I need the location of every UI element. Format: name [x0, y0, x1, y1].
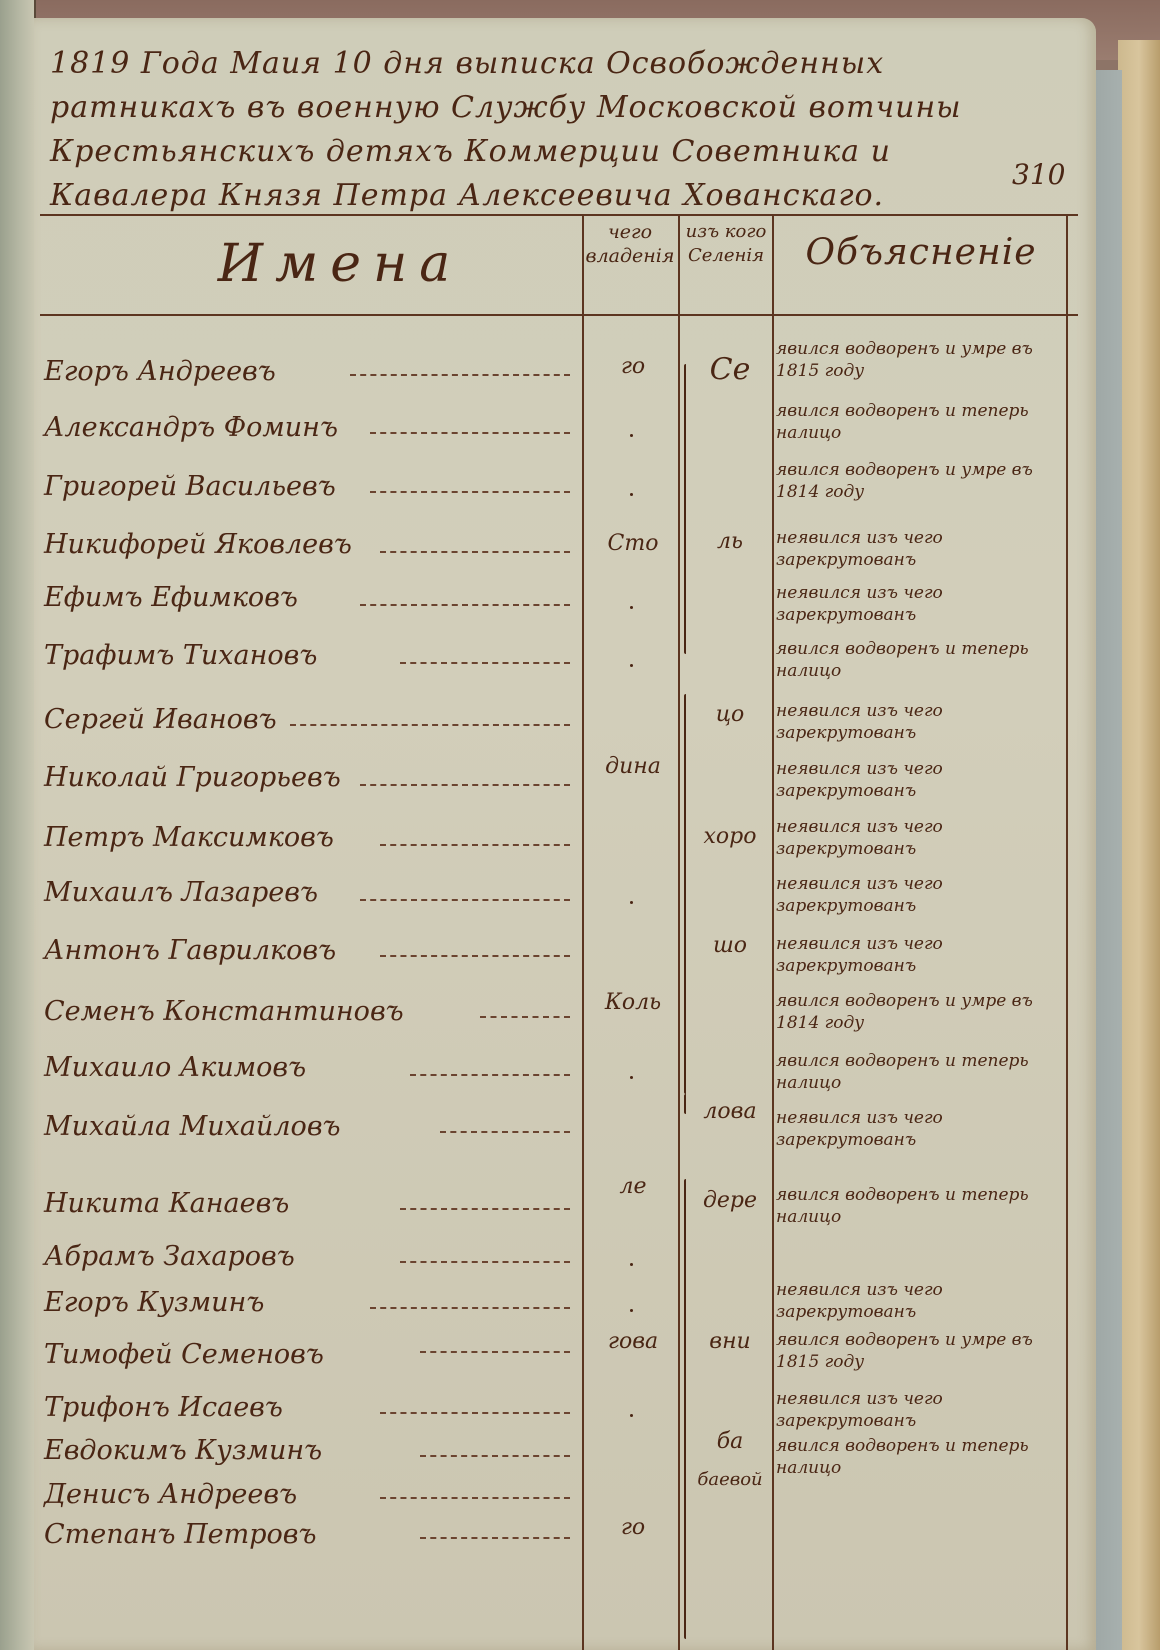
person-name: Трифонъ Исаевъ: [44, 1392, 283, 1423]
header-village: изъ кого Селенія: [680, 220, 772, 268]
owner-cell: Коль: [588, 990, 678, 1015]
person-name: Михаило Акимовъ: [44, 1052, 306, 1083]
header-remarks: Объясненіе: [776, 232, 1066, 273]
remark-text: явился водворенъ и теперь налицо: [776, 1435, 1068, 1479]
village-brace-3: [684, 1094, 686, 1114]
ditto-dot: [630, 1076, 633, 1079]
person-name: Семенъ Константиновъ: [44, 996, 404, 1027]
register-table: Имена чего владенія изъ кого Селенія Объ…: [40, 214, 1078, 1650]
ditto-dot: [630, 901, 633, 904]
person-name: Никифорей Яковлевъ: [44, 529, 352, 560]
person-name: Петръ Максимковъ: [44, 822, 334, 853]
remark-text: неявился изъ чего зарекрутованъ: [776, 582, 1068, 626]
owner-cell: Сто: [588, 531, 678, 556]
dotted-leader: [350, 374, 570, 376]
dotted-leader: [420, 1351, 570, 1353]
person-name: Евдокимъ Кузминъ: [44, 1435, 322, 1466]
book-spine: [0, 0, 36, 1650]
person-name: Степанъ Петровъ: [44, 1519, 316, 1550]
remark-text: явился водворенъ и умре въ 1814 году: [776, 990, 1068, 1034]
dotted-leader: [400, 1208, 570, 1210]
owner-cell: ле: [588, 1174, 678, 1199]
dotted-leader: [290, 724, 570, 726]
remark-text: явился водворенъ и теперь налицо: [776, 1184, 1068, 1228]
dotted-leader: [420, 1455, 570, 1457]
remark-text: неявился изъ чего зарекрутованъ: [776, 933, 1068, 977]
dotted-leader: [380, 955, 570, 957]
dotted-leader: [370, 432, 570, 434]
person-name: Сергей Ивановъ: [44, 704, 277, 735]
person-name: Ефимъ Ефимковъ: [44, 582, 298, 613]
remark-text: явился водворенъ и теперь налицо: [776, 400, 1068, 444]
owner-cell: дина: [588, 754, 678, 779]
remark-text: явился водворенъ и умре въ 1815 году: [776, 1329, 1068, 1373]
dotted-leader: [380, 1412, 570, 1414]
ditto-dot: [630, 1309, 633, 1312]
village-cell: вни: [688, 1329, 772, 1354]
ditto-dot: [630, 1414, 633, 1417]
header-line-1: 1819 Года Маия 10 дня выписка Освобожден…: [50, 42, 1070, 86]
page-number: 310: [1012, 158, 1065, 191]
remark-text: неявился изъ чего зарекрутованъ: [776, 1279, 1068, 1323]
person-name: Абрамъ Захаровъ: [44, 1241, 295, 1272]
remark-text: явился водворенъ и умре въ 1815 году: [776, 338, 1068, 382]
table-top-rule: [40, 214, 1078, 216]
dotted-leader: [380, 551, 570, 553]
remark-text: явился водворенъ и теперь налицо: [776, 638, 1068, 682]
document-header: 1819 Года Маия 10 дня выписка Освобожден…: [50, 42, 1070, 218]
village-cell: шо: [688, 933, 772, 958]
remark-text: неявился изъ чего зарекрутованъ: [776, 1388, 1068, 1432]
header-bottom-rule: [40, 314, 1078, 316]
blue-page-edge: [1096, 70, 1122, 1650]
dotted-leader: [370, 491, 570, 493]
header-names: Имена: [100, 234, 580, 294]
dotted-leader: [400, 1261, 570, 1263]
person-name: Егоръ Кузминъ: [44, 1287, 264, 1318]
dotted-leader: [360, 899, 570, 901]
dotted-leader: [360, 784, 570, 786]
torn-page-edge: [1118, 40, 1160, 1650]
village-cell: ль: [688, 529, 772, 554]
person-name: Трафимъ Тихановъ: [44, 640, 317, 671]
remark-text: неявился изъ чего зарекрутованъ: [776, 873, 1068, 917]
dotted-leader: [360, 604, 570, 606]
header-line-2: ратникахъ въ военную Службу Московской в…: [50, 86, 1070, 130]
person-name: Антонъ Гаврилковъ: [44, 935, 336, 966]
remark-text: явился водворенъ и теперь налицо: [776, 1050, 1068, 1094]
person-name: Денисъ Андреевъ: [44, 1479, 297, 1510]
dotted-leader: [380, 1497, 570, 1499]
dotted-leader: [410, 1074, 570, 1076]
village-cell: дере: [688, 1188, 772, 1213]
column-divider-village: [678, 214, 680, 1650]
dotted-leader: [370, 1307, 570, 1309]
person-name: Тимофей Семеновъ: [44, 1339, 324, 1370]
dotted-leader: [400, 662, 570, 664]
person-name: Никита Канаевъ: [44, 1188, 289, 1219]
village-cell: цо: [688, 702, 772, 727]
remark-text: неявился изъ чего зарекрутованъ: [776, 527, 1068, 571]
person-name: Григорей Васильевъ: [44, 471, 336, 502]
owner-cell: го: [588, 1515, 678, 1540]
village-brace-1: [684, 364, 686, 654]
village-cell: Се: [688, 352, 772, 387]
header-line-3: Крестьянскихъ детяхъ Коммерции Советника…: [50, 130, 1070, 174]
village-brace-2: [684, 694, 686, 1094]
dotted-leader: [420, 1537, 570, 1539]
header-line-4: Кавалера Князя Петра Алексеевича Хованск…: [50, 174, 1070, 218]
remark-text: неявился изъ чего зарекрутованъ: [776, 758, 1068, 802]
person-name: Николай Григорьевъ: [44, 762, 341, 793]
owner-cell: гова: [588, 1329, 678, 1354]
village-cell: лова: [688, 1099, 772, 1124]
remark-text: явился водворенъ и умре въ 1814 году: [776, 459, 1068, 503]
column-divider-owner: [582, 214, 584, 1650]
dotted-leader: [380, 844, 570, 846]
ditto-dot: [630, 664, 633, 667]
village-cell: баевой: [688, 1469, 772, 1490]
person-name: Михаилъ Лазаревъ: [44, 877, 318, 908]
person-name: Михайла Михайловъ: [44, 1111, 341, 1142]
person-name: Егоръ Андреевъ: [44, 356, 276, 387]
dotted-leader: [440, 1131, 570, 1133]
village-cell: хорo: [688, 824, 772, 849]
ditto-dot: [630, 1263, 633, 1266]
village-brace-4: [684, 1179, 686, 1639]
dotted-leader: [480, 1016, 570, 1018]
ditto-dot: [630, 606, 633, 609]
person-name: Александръ Фоминъ: [44, 412, 338, 443]
remark-text: неявился изъ чего зарекрутованъ: [776, 700, 1068, 744]
village-cell: ба: [688, 1429, 772, 1454]
owner-cell: го: [588, 354, 678, 379]
header-owner: чего владенія: [584, 220, 676, 268]
ditto-dot: [630, 493, 633, 496]
column-divider-remarks: [772, 214, 774, 1650]
remark-text: неявился изъ чего зарекрутованъ: [776, 816, 1068, 860]
remark-text: неявился изъ чего зарекрутованъ: [776, 1107, 1068, 1151]
ditto-dot: [630, 434, 633, 437]
